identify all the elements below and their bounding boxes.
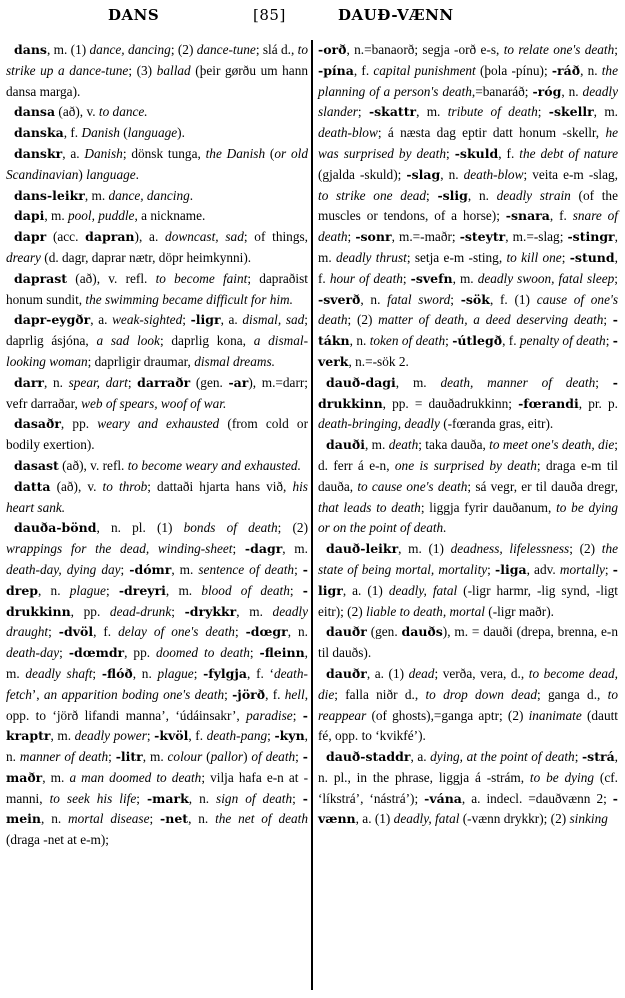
entry-text: ; (294, 562, 303, 577)
entry-text: ; (575, 749, 582, 764)
headword: -stingr (567, 229, 614, 244)
definition: the net of death (215, 811, 308, 826)
entry-text: , m. (282, 541, 308, 556)
definition: one is surprised by death (395, 458, 537, 473)
headword: -orð (318, 42, 346, 57)
headword: -strá (582, 749, 615, 764)
headword: -sök (461, 292, 490, 307)
entry-text: , n. (580, 63, 602, 78)
entry-text: , n. (350, 333, 370, 348)
definition: Danish (84, 146, 122, 161)
left-guideword: DANS (108, 6, 159, 24)
definition: sign of death (216, 791, 292, 806)
entry-text: ; (182, 312, 190, 327)
right-column: -orð, n.=banaorð; segja -orð e-s, to rel… (318, 40, 618, 830)
definition: death (389, 437, 419, 452)
entry-text: ; (603, 312, 612, 327)
entry-text: ; (487, 562, 495, 577)
entry-text: , adv. (527, 562, 560, 577)
headword: -snara (506, 208, 550, 223)
entry-text: ; (562, 250, 570, 265)
headword: -dœmdr (69, 645, 124, 660)
entry-text: , a. (90, 312, 112, 327)
headword: -skellr (549, 104, 594, 119)
entry-text: ; (136, 791, 147, 806)
headword: dapi (14, 208, 44, 223)
entry-text: , m. (594, 104, 618, 119)
entry-text: ; daprlig kona, (160, 333, 254, 348)
definition: inanimate (529, 708, 582, 723)
entry-text: , pp. (61, 416, 97, 431)
entry-text: ; (295, 749, 303, 764)
headword: -drykkr (185, 604, 237, 619)
entry-text: ; (293, 708, 303, 723)
entry-text: , n.=banaorð; segja -orð e-s, (346, 42, 503, 57)
definition: dying, at the point of death (430, 749, 575, 764)
headword: -sonr (355, 229, 391, 244)
definition: Danish (81, 125, 119, 140)
entry-text: ; (446, 146, 455, 161)
definition: the swimming became difficult for him. (85, 292, 293, 307)
headword: -ligr (191, 312, 221, 327)
definition: plague (70, 583, 106, 598)
entry-text: ; taka dauða, (418, 437, 489, 452)
dictionary-entry: dauðr (gen. dauðs), m. = dauði (drepa, b… (318, 622, 618, 664)
definition: hell (285, 687, 305, 702)
entry-text: ; setja e-m -sting, (407, 250, 507, 265)
definition: dismal dreams. (194, 354, 275, 369)
entry-text: , a. indecl. =dauðvænn 2; (462, 791, 613, 806)
entry-text: , f. (265, 687, 285, 702)
headword: -ar (228, 375, 248, 390)
definition: deadly thrust (336, 250, 407, 265)
headword: -dœgr (246, 624, 288, 639)
entry-text: ; (233, 541, 245, 556)
definition: to kill one (506, 250, 561, 265)
entry-text: ; (426, 188, 437, 203)
entry-text: , n.=-sök 2. (348, 354, 408, 369)
definition: language (128, 125, 178, 140)
entry-text: ; (450, 292, 460, 307)
dictionary-entry: dansa (að), v. to dance. (6, 102, 308, 123)
definition: death-day, dying day (6, 562, 121, 577)
definition: dance, dancing (109, 188, 190, 203)
dictionary-entry: dasaðr, pp. weary and exhausted (from co… (6, 414, 308, 456)
headword: datta (14, 479, 51, 494)
entry-text: , m. (44, 208, 68, 223)
entry-text: , f. (502, 333, 520, 348)
dictionary-entry: dauðr, a. (1) dead; verða, vera, d., to … (318, 664, 618, 747)
entry-text: , n. (189, 791, 216, 806)
definition: capital punishment (373, 63, 475, 78)
entry-text: ; (194, 666, 203, 681)
definition: to cause one's death (357, 479, 467, 494)
entry-text: ; (2) (278, 520, 308, 535)
entry-text: , a. (221, 312, 243, 327)
definition: sinking (569, 811, 607, 826)
entry-text: ; (108, 749, 116, 764)
entry-text: , f. (498, 146, 519, 161)
definition: to strike one dead (318, 188, 426, 203)
entry-text: ,=banaráð; (472, 84, 533, 99)
dictionary-entry: dapi, m. pool, puddle, a nickname. (6, 206, 308, 227)
headword: danskr (14, 146, 62, 161)
definition: of death (251, 749, 295, 764)
definition: to throb (103, 479, 148, 494)
headword: -mark (147, 791, 189, 806)
headword: -liga (495, 562, 527, 577)
definition: liable to death, mortal (366, 604, 485, 619)
definition: death-day (6, 645, 59, 660)
headword: dauða-bönd (14, 520, 96, 535)
definition: web of spears, woof of war. (81, 396, 226, 411)
entry-text: , m. (166, 583, 201, 598)
entry-text: , m. (171, 562, 198, 577)
definition: deadly power (75, 728, 147, 743)
entry-text: ; (358, 104, 369, 119)
entry-text: ; (171, 604, 184, 619)
entry-text: , n. (440, 167, 463, 182)
entry-text: (þola -pínu); (476, 63, 552, 78)
definition: penalty of death (520, 333, 606, 348)
headword: darraðr (137, 375, 190, 390)
entry-text: ; (614, 42, 618, 57)
entry-text: (acc. (46, 229, 85, 244)
entry-text: . (190, 188, 193, 203)
definition: bonds of death (184, 520, 278, 535)
entry-text: , f. (188, 728, 206, 743)
entry-text: ; (224, 687, 232, 702)
entry-text: ; veita e-m -slag, (523, 167, 618, 182)
dictionary-entry: datta (að), v. to throb; dattaði hjarta … (6, 477, 308, 519)
entry-text: , pp. = dauðadrukkinn; (383, 396, 518, 411)
headword: dapr (14, 229, 46, 244)
dictionary-entry: danskr, a. Danish; dönsk tunga, the Dani… (6, 144, 308, 186)
entry-text: ; (595, 375, 613, 390)
definition: deadly, fatal (389, 583, 457, 598)
headword: dauðs (401, 624, 442, 639)
entry-text: , n. (133, 666, 158, 681)
headword: -fleinn (260, 645, 305, 660)
definition: hour of death (330, 271, 403, 286)
entry-text: , f. (550, 208, 573, 223)
definition: to relate one's death (504, 42, 615, 57)
entry-text: , f. (1) (490, 292, 537, 307)
dictionary-entry: dauð-staddr, a. dying, at the point of d… (318, 747, 618, 830)
headword: dauði (326, 437, 365, 452)
definition: dance, dancing (90, 42, 171, 57)
headword: dapran (85, 229, 134, 244)
entry-text: , m. (50, 728, 74, 743)
entry-text: , n. (561, 84, 582, 99)
definition: spear, dart (69, 375, 128, 390)
entry-text: (draga -net at e-m); (6, 832, 109, 847)
definition: deadly, fatal (394, 811, 460, 826)
headword: -fœrandi (518, 396, 579, 411)
entry-text: (-fœranda gras, eitr). (440, 416, 553, 431)
definition: death, manner of death (440, 375, 595, 390)
definition: to dance. (99, 104, 148, 119)
headword: -róg (532, 84, 561, 99)
entry-text: ( (265, 146, 274, 161)
dictionary-entry: dans, m. (1) dance, dancing; (2) dance-t… (6, 40, 308, 102)
headword: -skattr (369, 104, 416, 119)
entry-text: ; (128, 375, 137, 390)
definition: to become weary and exhausted. (128, 458, 301, 473)
dictionary-entry: darr, n. spear, dart; darraðr (gen. -ar)… (6, 373, 308, 415)
entry-text: ; (2) (348, 312, 379, 327)
definition: death-blow (464, 167, 524, 182)
definition: pallor (211, 749, 244, 764)
dictionary-entry: daprast (að), v. refl. to become faint; … (6, 269, 308, 311)
headword: -ráð (552, 63, 580, 78)
entry-text: ; verða, vera, d., (434, 666, 528, 681)
definition: to become faint (156, 271, 248, 286)
entry-text: (-ligr maðr). (485, 604, 554, 619)
entry-text: ( (120, 125, 128, 140)
definition: dreary (6, 250, 41, 265)
entry-text: , m. (143, 749, 168, 764)
definition: colour (168, 749, 203, 764)
entry-text: (gen. (367, 624, 402, 639)
entry-text: . (136, 167, 139, 182)
definition: token of death (370, 333, 445, 348)
headword: dapr-eygðr (14, 312, 90, 327)
entry-text: (of ghosts),=ganga aptr; (2) (366, 708, 528, 723)
entry-text: (-vænn drykkr); (2) (459, 811, 569, 826)
entry-text: , a. (62, 146, 84, 161)
entry-text: ; sá vegr, er til dauða dregr, (467, 479, 618, 494)
entry-text: ; (614, 271, 618, 286)
entry-text: , m.=-maðr; (392, 229, 460, 244)
definition: deadly shaft (25, 666, 92, 681)
entry-text: , n. (360, 292, 387, 307)
headword: dauð-staddr (326, 749, 410, 764)
dictionary-entry: dauð-dagi, m. death, manner of death; -d… (318, 373, 618, 435)
definition: the debt of nature (519, 146, 618, 161)
entry-text: (að), v. (51, 479, 103, 494)
definition: deadly strain (497, 188, 571, 203)
entry-text: , f. ‘ (247, 666, 274, 681)
entry-text: , m. (1) (398, 541, 450, 556)
entry-text: (gen. (190, 375, 228, 390)
headword: -kyn (274, 728, 304, 743)
headword: darr (14, 375, 44, 390)
definition: death-bringing, deadly (318, 416, 440, 431)
entry-text: (d. dagr, daprar nætr, döpr heimkynni). (41, 250, 251, 265)
dictionary-entry: dauði, m. death; taka dauða, to meet one… (318, 435, 618, 539)
entry-text: , n. (38, 583, 70, 598)
definition: dead (409, 666, 435, 681)
definition: matter of death, a deed deserving death (378, 312, 603, 327)
entry-text: , m. (85, 188, 109, 203)
dictionary-entry: dasast (að), v. refl. to become weary an… (6, 456, 308, 477)
entry-text: ; daprligir draumar, (88, 354, 195, 369)
headword: dasast (14, 458, 59, 473)
entry-text: ; (235, 624, 246, 639)
headword: -litr (116, 749, 143, 764)
entry-text: , pr. p. (579, 396, 618, 411)
definition: death-pang (207, 728, 268, 743)
headword: -svefn (411, 271, 453, 286)
dictionary-entry: dapr (acc. dapran), a. downcast, sad; of… (6, 227, 308, 269)
headword: -slig (437, 188, 467, 203)
headword: -stund (570, 250, 615, 265)
definition: to drop down dead (425, 687, 537, 702)
entry-text: , pp. (71, 604, 110, 619)
headword: -net (160, 811, 188, 826)
definition: dead-drunk (110, 604, 171, 619)
entry-text: ; (2) (171, 42, 197, 57)
entry-text: ; (150, 811, 161, 826)
headword: daprast (14, 271, 67, 286)
column-divider (311, 40, 313, 990)
definition: plague (157, 666, 193, 681)
headword: -jörð (232, 687, 265, 702)
definition: ballad (157, 63, 191, 78)
entry-text: ; (2) (569, 541, 602, 556)
definition: paradise (246, 708, 293, 723)
definition: wrappings for the dead, winding-sheet (6, 541, 233, 556)
entry-text: (gjalda -skuld); (318, 167, 406, 182)
definition: fatal sword (387, 292, 450, 307)
entry-text: ; (48, 624, 59, 639)
headword: dauðr (326, 666, 367, 681)
definition: manner of death (20, 749, 108, 764)
definition: mortally (560, 562, 605, 577)
definition: weary and exhausted (97, 416, 219, 431)
entry-text: ; liggja fyrir dauðanum, (421, 500, 556, 515)
definition: to be dying (530, 770, 594, 785)
entry-text: ; ganga d., (537, 687, 608, 702)
entry-text: ; (106, 583, 119, 598)
definition: a sad look (96, 333, 160, 348)
headword: -dvöl (59, 624, 93, 639)
entry-text: , n. (468, 188, 497, 203)
headword: dans (14, 42, 47, 57)
headword: -dómr (129, 562, 171, 577)
headword: -flóð (102, 666, 133, 681)
headword: -sverð (318, 292, 360, 307)
headword: -dagr (245, 541, 282, 556)
dictionary-entry: dans-leikr, m. dance, dancing. (6, 186, 308, 207)
entry-text: ; dattaði hjarta hans við, (147, 479, 292, 494)
headword: -skuld (455, 146, 498, 161)
definition: sentence of death (198, 562, 294, 577)
entry-text: , n. (288, 624, 308, 639)
definition: dismal, sad (242, 312, 304, 327)
entry-text: (að), v. refl. (59, 458, 128, 473)
definition: an apparition boding one's death (44, 687, 224, 702)
headword: dauðr (326, 624, 367, 639)
entry-text: , pp. (124, 645, 156, 660)
entry-text: , n. (188, 811, 215, 826)
headword: -fylgja (203, 666, 247, 681)
definition: dance-tune (197, 42, 256, 57)
entry-text: , a. (410, 749, 430, 764)
definition: to meet one's death, die (489, 437, 614, 452)
definition: delay of one's death (118, 624, 235, 639)
entry-text: ; (3) (128, 63, 156, 78)
definition: the Danish (206, 146, 265, 161)
entry-text: , m. (416, 104, 448, 119)
entry-text: , a. (1) (343, 583, 389, 598)
page-number: [85] (253, 6, 286, 24)
definition: doomed to death (156, 645, 250, 660)
definition: death-blow (318, 125, 378, 140)
entry-text: ; (92, 666, 101, 681)
headword: dauð-leikr (326, 541, 398, 556)
entry-text: , m. (42, 770, 69, 785)
entry-text: , m. (453, 271, 478, 286)
entry-text: , n. (44, 375, 69, 390)
entry-text: , a nickname. (134, 208, 205, 223)
definition: a man doomed to death (69, 770, 201, 785)
dictionary-entry: dauð-leikr, m. (1) deadness, lifelessnes… (318, 539, 618, 622)
entry-text: , m. (396, 375, 441, 390)
entry-text: , f. (93, 624, 118, 639)
entry-text: ; (403, 271, 411, 286)
entry-text: ; slá d., (256, 42, 298, 57)
headword: -kvöl (154, 728, 188, 743)
entry-text: (að), v. (55, 104, 99, 119)
definition: to seek his life (50, 791, 137, 806)
entry-text: ; of things, (244, 229, 308, 244)
definition: deadness, lifelessness (451, 541, 570, 556)
entry-text: , m. (365, 437, 389, 452)
entry-text: ; (250, 645, 260, 660)
entry-text: (að), v. refl. (67, 271, 155, 286)
entry-text: ; falla niðr d., (334, 687, 425, 702)
definition: that leads to death (318, 500, 421, 515)
headword: dans-leikr (14, 188, 85, 203)
entry-text: , a. (1) (356, 811, 394, 826)
definition: mortal disease (68, 811, 149, 826)
definition: blood of death (201, 583, 290, 598)
headword: -steytr (460, 229, 506, 244)
entry-text: ; á næsta dag eptir datt honum -skellr, (378, 125, 606, 140)
right-guideword: DAUÐ-VÆNN (338, 6, 454, 24)
entry-text: ), a. (135, 229, 166, 244)
entry-text: ; (606, 333, 613, 348)
dictionary-entry: -orð, n.=banaorð; segja -orð e-s, to rel… (318, 40, 618, 373)
headword: -útlegð (452, 333, 502, 348)
entry-text: ; (121, 562, 130, 577)
dictionary-entry: dauða-bönd, n. pl. (1) bonds of death; (… (6, 518, 308, 851)
definition: pool, puddle (68, 208, 134, 223)
entry-text: ; (59, 645, 69, 660)
dictionary-entry: dapr-eygðr, a. weak-sighted; -ligr, a. d… (6, 310, 308, 372)
entry-text: ’, (32, 687, 44, 702)
left-column: dans, m. (1) dance, dancing; (2) dance-t… (6, 40, 308, 851)
entry-text: , n. (41, 811, 68, 826)
headword: -vána (424, 791, 462, 806)
definition: downcast, sad (165, 229, 244, 244)
entry-text: ; (538, 104, 549, 119)
dictionary-entry: danska, f. Danish (language). (6, 123, 308, 144)
headword: -pína (318, 63, 354, 78)
entry-text: ) (78, 167, 86, 182)
headword: -slag (406, 167, 440, 182)
definition: weak-sighted (112, 312, 182, 327)
headword: -dreyri (119, 583, 166, 598)
headword: dasaðr (14, 416, 61, 431)
entry-text: , a. (1) (367, 666, 409, 681)
entry-text: ; (292, 791, 303, 806)
entry-text: , f. (64, 125, 82, 140)
definition: tribute of death (448, 104, 538, 119)
entry-text: ). (177, 125, 185, 140)
